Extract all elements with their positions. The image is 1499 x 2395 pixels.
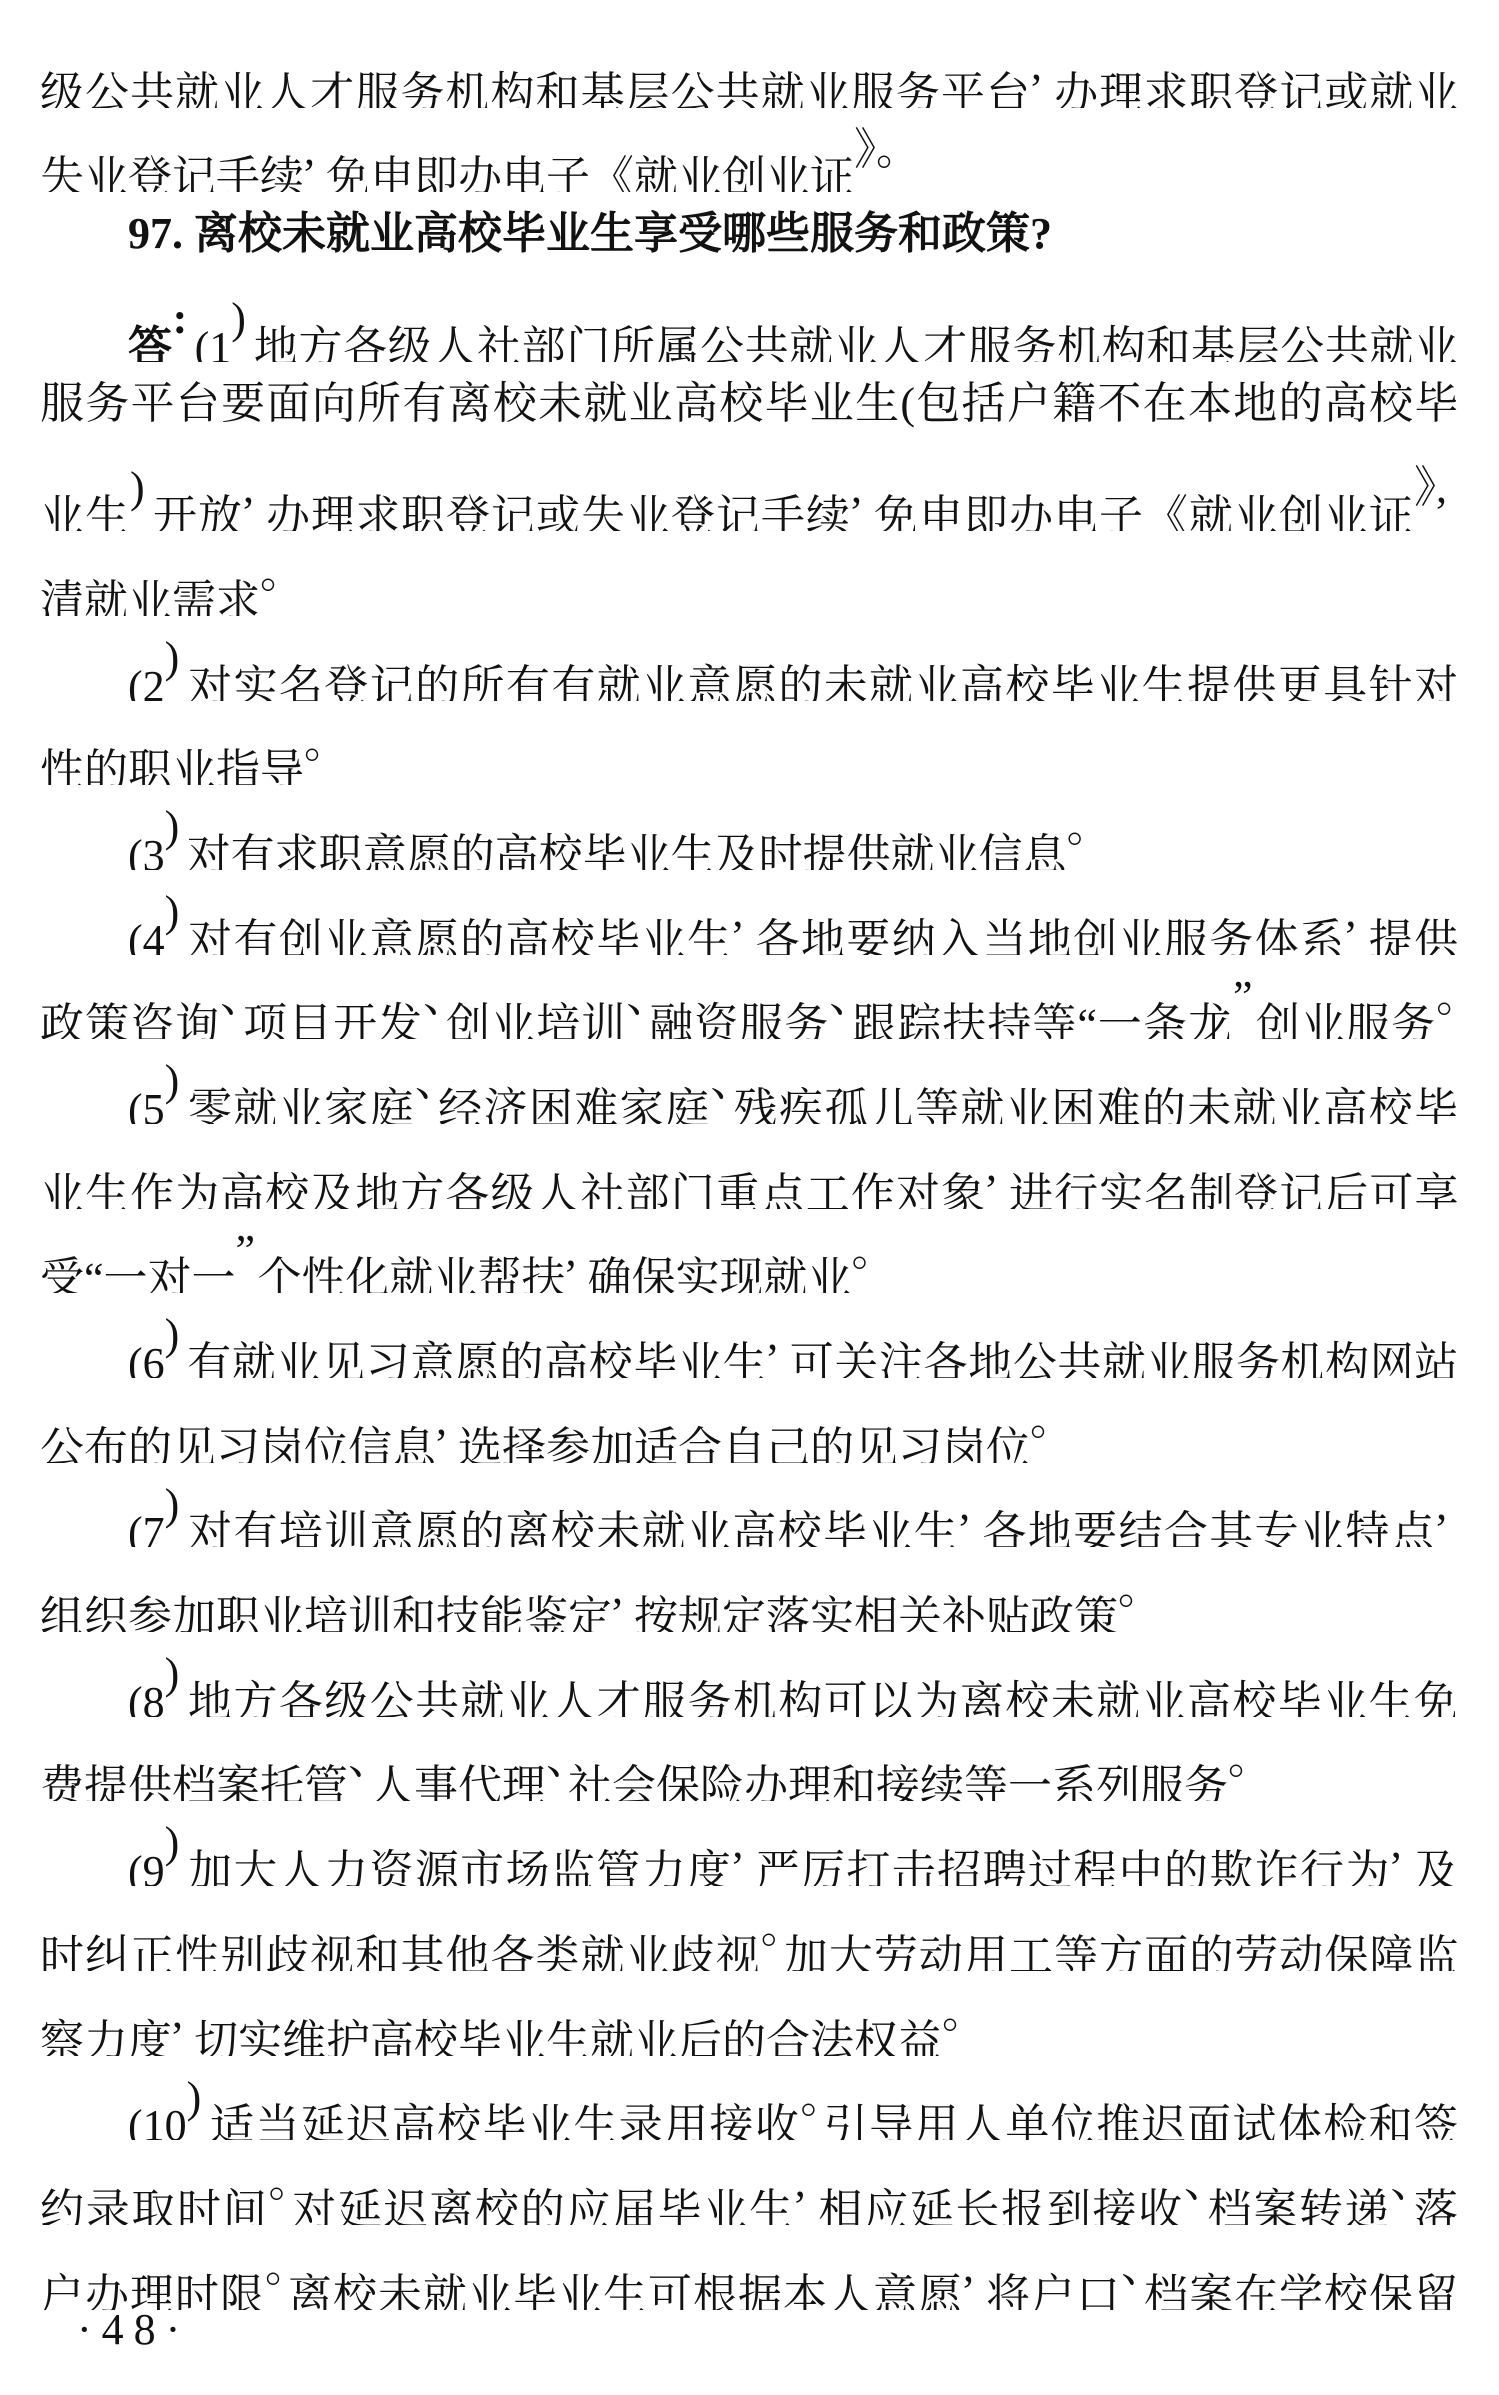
text-line: 察力度,切实维护高校毕业生就业后的合法权益。 <box>40 1971 1458 2056</box>
text-line: 业生作为高校及地方各级人社部门重点工作对象,进行实名制登记后可享 <box>40 1124 1458 1209</box>
text-segment: 失业登记手续,免申即办电子《就业创业证》。 <box>40 153 898 192</box>
text-line: 性的职业指导。 <box>40 701 1458 786</box>
answer-item-2: (2)对实名登记的所有有就业意愿的未就业高校毕业生提供更具针对性的职业指导。 <box>40 616 1458 785</box>
text-line: (10)适当延迟高校毕业生录用接收。引导用人单位推迟面试体检和签 <box>40 2056 1458 2141</box>
text-segment: 组织参加职业培训和技能鉴定,按规定落实相关补贴政策。 <box>40 1593 1140 1632</box>
text-segment: 户办理时限。离校未就业毕业生可根据本人意愿,将户口、档案在学校保留 <box>40 2271 1458 2310</box>
answer-item-8: (8)地方各级公共就业人才服务机构可以为离校未就业高校毕业生免费提供档案托管、人… <box>40 1632 1458 1801</box>
text-line: 清就业需求。 <box>40 531 1458 616</box>
text-line: 公布的见习岗位信息,选择参加适合自己的见习岗位。 <box>40 1378 1458 1463</box>
text-line: (9)加大人力资源市场监管力度,严厉打击招聘过程中的欺诈行为,及 <box>40 1801 1458 1886</box>
text-segment: 时纠正性别歧视和其他各类就业歧视。加大劳动用工等方面的劳动保障监 <box>40 1932 1458 1971</box>
answer-item-5: (5)零就业家庭、经济困难家庭、残疾孤儿等就业困难的未就业高校毕业生作为高校及地… <box>40 1039 1458 1293</box>
text-line: (7)对有培训意愿的离校未就业高校毕业生,各地要结合其专业特点, <box>40 1463 1458 1548</box>
text-line: (4)对有创业意愿的高校毕业生,各地要纳入当地创业服务体系,提供 <box>40 870 1458 955</box>
bold-text-segment: 答: <box>128 323 195 362</box>
question-heading: 97. 离校未就业高校毕业生享受哪些服务和政策? <box>40 192 1458 277</box>
answer-item-1: 答:(1)地方各级人社部门所属公共就业人才服务机构和基层公共就业服务平台要面向所… <box>40 277 1458 616</box>
text-segment: 约录取时间。对延迟离校的应届毕业生,相应延长报到接收、档案转递、落 <box>40 2186 1458 2225</box>
text-segment: 业生作为高校及地方各级人社部门重点工作对象,进行实名制登记后可享 <box>40 1170 1458 1209</box>
text-segment: (3)对有求职意愿的高校毕业生及时提供就业信息。 <box>128 831 1089 870</box>
text-line: 97. 离校未就业高校毕业生享受哪些服务和政策? <box>40 192 1458 277</box>
text-segment: (1)地方各级人社部门所属公共就业人才服务机构和基层公共就业 <box>195 323 1458 362</box>
text-line: 户办理时限。离校未就业毕业生可根据本人意愿,将户口、档案在学校保留 <box>40 2225 1458 2310</box>
text-segment: 级公共就业人才服务机构和基层公共就业服务平台,办理求职登记或就业 <box>40 69 1458 108</box>
text-line: (8)地方各级公共就业人才服务机构可以为离校未就业高校毕业生免 <box>40 1632 1458 1717</box>
text-line: 约录取时间。对延迟离校的应届毕业生,相应延长报到接收、档案转递、落 <box>40 2140 1458 2225</box>
answer-item-6: (6)有就业见习意愿的高校毕业生,可关注各地公共就业服务机构网站公布的见习岗位信… <box>40 1293 1458 1462</box>
text-line: (2)对实名登记的所有有就业意愿的未就业高校毕业生提供更具针对 <box>40 616 1458 701</box>
text-segment: 受“一对一”个性化就业帮扶,确保实现就业。 <box>40 1254 874 1293</box>
text-line: (6)有就业见习意愿的高校毕业生,可关注各地公共就业服务机构网站 <box>40 1293 1458 1378</box>
text-segment: (9)加大人力资源市场监管力度,严厉打击招聘过程中的欺诈行为,及 <box>128 1847 1458 1886</box>
answer-item-9: (9)加大人力资源市场监管力度,严厉打击招聘过程中的欺诈行为,及时纠正性别歧视和… <box>40 1801 1458 2055</box>
book-page: 级公共就业人才服务机构和基层公共就业服务平台,办理求职登记或就业失业登记手续,免… <box>0 0 1499 2395</box>
text-segment: (2)对实名登记的所有有就业意愿的未就业高校毕业生提供更具针对 <box>128 662 1458 701</box>
text-segment: 费提供档案托管、人事代理、社会保险办理和接续等一系列服务。 <box>40 1762 1250 1801</box>
text-segment: (4)对有创业意愿的高校毕业生,各地要纳入当地创业服务体系,提供 <box>128 916 1458 955</box>
text-line: 失业登记手续,免申即办电子《就业创业证》。 <box>40 108 1458 193</box>
text-line: 时纠正性别歧视和其他各类就业歧视。加大劳动用工等方面的劳动保障监 <box>40 1886 1458 1971</box>
text-segment: 政策咨询、项目开发、创业培训、融资服务、跟踪扶持等“一条龙”创业服务。 <box>40 1000 1458 1039</box>
text-line: 答:(1)地方各级人社部门所属公共就业人才服务机构和基层公共就业 <box>40 277 1458 362</box>
text-line: 级公共就业人才服务机构和基层公共就业服务平台,办理求职登记或就业 <box>40 23 1458 108</box>
text-segment: 性的职业指导。 <box>40 746 326 785</box>
paragraph-continuation: 级公共就业人才服务机构和基层公共就业服务平台,办理求职登记或就业失业登记手续,免… <box>40 23 1458 192</box>
text-segment: 服务平台要面向所有离校未就业高校毕业生(包括户籍不在本地的高校毕 <box>40 379 1458 428</box>
text-segment: 业生)开放,办理求职登记或失业登记手续,免申即办电子《就业创业证》,摸 <box>40 492 1458 531</box>
text-segment: 公布的见习岗位信息,选择参加适合自己的见习岗位。 <box>40 1424 1052 1463</box>
text-segment: 清就业需求。 <box>40 577 282 616</box>
answer-item-7: (7)对有培训意愿的离校未就业高校毕业生,各地要结合其专业特点,组织参加职业培训… <box>40 1463 1458 1632</box>
text-line: (3)对有求职意愿的高校毕业生及时提供就业信息。 <box>40 785 1458 870</box>
text-line: (5)零就业家庭、经济困难家庭、残疾孤儿等就业困难的未就业高校毕 <box>40 1039 1458 1124</box>
bold-text-segment: 97. 离校未就业高校毕业生享受哪些服务和政策? <box>128 209 1052 258</box>
text-segment: (6)有就业见习意愿的高校毕业生,可关注各地公共就业服务机构网站 <box>128 1339 1458 1378</box>
answer-item-3: (3)对有求职意愿的高校毕业生及时提供就业信息。 <box>40 785 1458 870</box>
text-segment: (7)对有培训意愿的离校未就业高校毕业生,各地要结合其专业特点, <box>128 1508 1458 1547</box>
text-line: 受“一对一”个性化就业帮扶,确保实现就业。 <box>40 1209 1458 1294</box>
text-line: 费提供档案托管、人事代理、社会保险办理和接续等一系列服务。 <box>40 1717 1458 1802</box>
text-body: 级公共就业人才服务机构和基层公共就业服务平台,办理求职登记或就业失业登记手续,免… <box>40 23 1458 2310</box>
text-segment: 察力度,切实维护高校毕业生就业后的合法权益。 <box>40 2017 964 2056</box>
text-line: 服务平台要面向所有离校未就业高校毕业生(包括户籍不在本地的高校毕 <box>40 362 1458 447</box>
text-segment: (8)地方各级公共就业人才服务机构可以为离校未就业高校毕业生免 <box>128 1678 1458 1717</box>
text-segment: (5)零就业家庭、经济困难家庭、残疾孤儿等就业困难的未就业高校毕 <box>128 1085 1458 1124</box>
text-line: 组织参加职业培训和技能鉴定,按规定落实相关补贴政策。 <box>40 1547 1458 1632</box>
answer-item-10: (10)适当延迟高校毕业生录用接收。引导用人单位推迟面试体检和签约录取时间。对延… <box>40 2056 1458 2310</box>
text-line: 业生)开放,办理求职登记或失业登记手续,免申即办电子《就业创业证》,摸 <box>40 446 1458 531</box>
text-line: 政策咨询、项目开发、创业培训、融资服务、跟踪扶持等“一条龙”创业服务。 <box>40 955 1458 1040</box>
page-number: ·48· <box>77 2302 190 2358</box>
text-segment: (10)适当延迟高校毕业生录用接收。引导用人单位推迟面试体检和签 <box>128 2101 1458 2140</box>
answer-item-4: (4)对有创业意愿的高校毕业生,各地要纳入当地创业服务体系,提供政策咨询、项目开… <box>40 870 1458 1039</box>
